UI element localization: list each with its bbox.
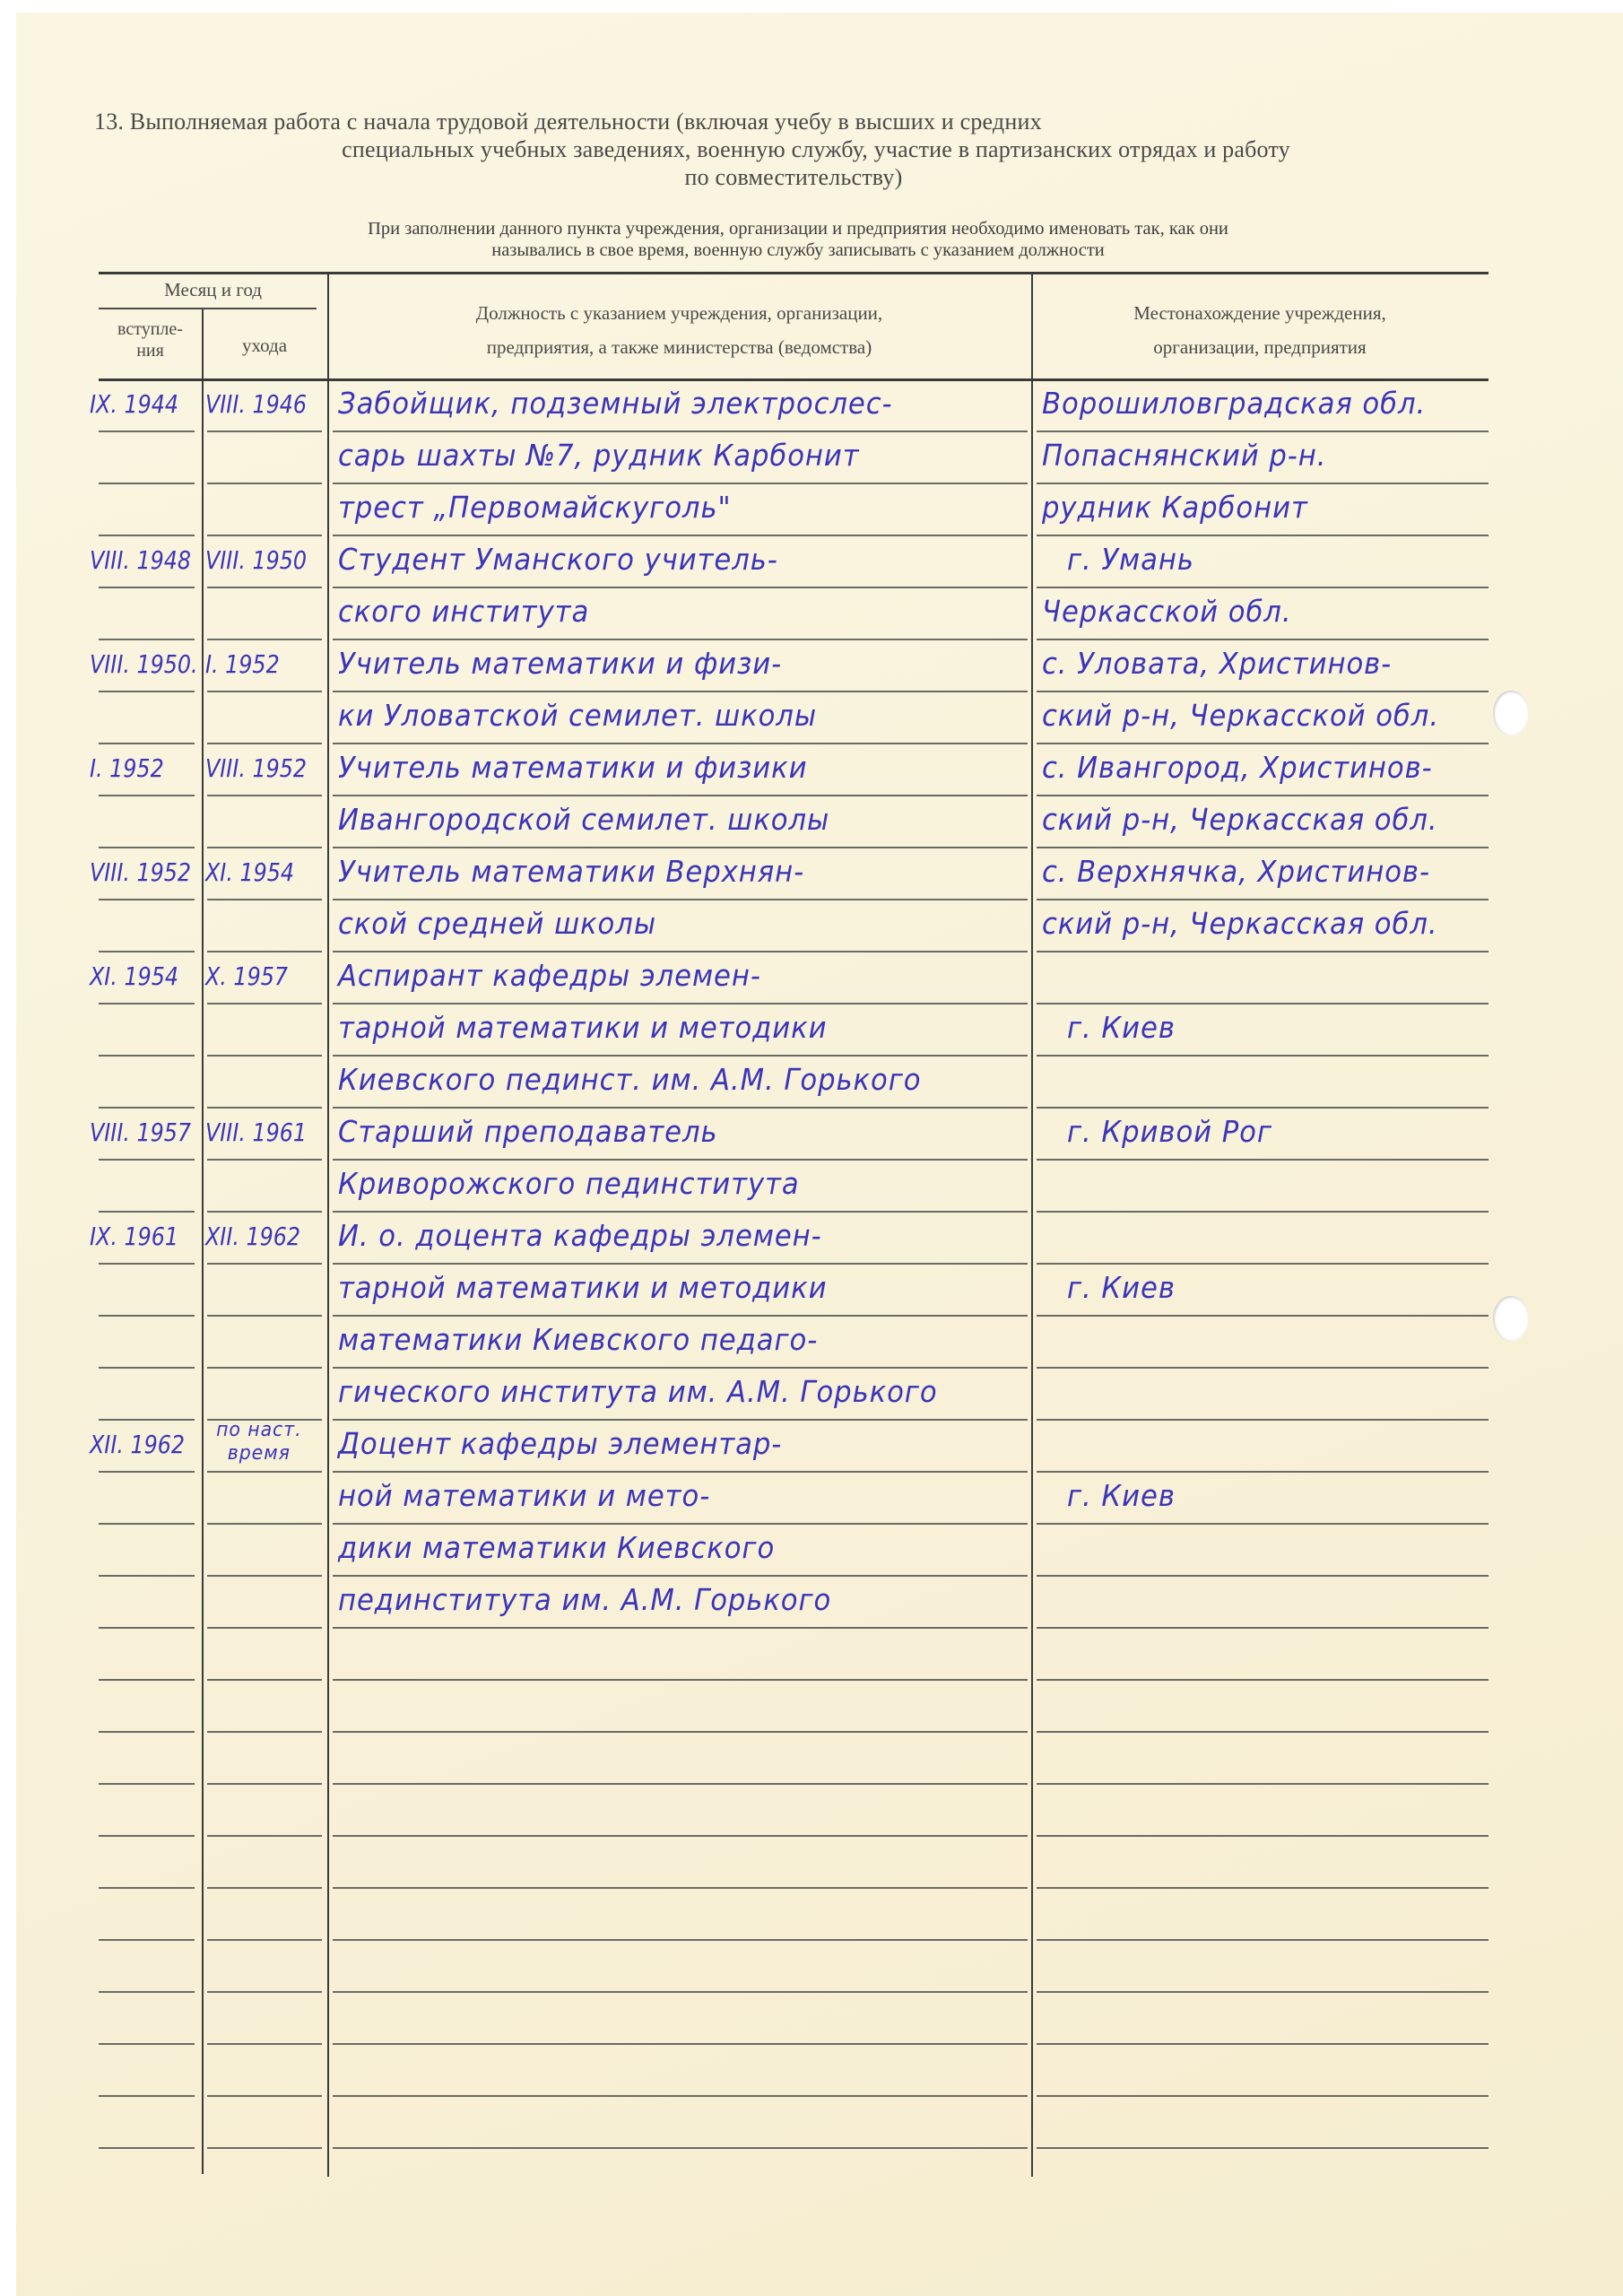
ruled-line xyxy=(1037,1731,1488,1733)
ruled-line xyxy=(333,1107,1028,1109)
ruled-line xyxy=(1037,1107,1488,1109)
ruled-line xyxy=(99,483,195,484)
header-start: вступле- ния xyxy=(99,318,202,361)
ruled-line xyxy=(333,1575,1028,1577)
ruled-line xyxy=(333,1731,1028,1733)
ruled-line xyxy=(99,1055,195,1057)
ruled-line xyxy=(333,2043,1028,2045)
entry-position-line: ской средней школы xyxy=(338,906,656,941)
ruled-line xyxy=(207,2043,322,2045)
ruled-line xyxy=(1037,1263,1488,1265)
ruled-line xyxy=(207,1523,322,1525)
ruled-line xyxy=(207,1575,322,1577)
ruled-line xyxy=(207,795,322,796)
ruled-line xyxy=(333,1627,1028,1629)
ruled-line xyxy=(207,1679,322,1681)
ruled-line xyxy=(207,899,322,900)
ruled-line xyxy=(99,1315,195,1317)
ruled-line xyxy=(99,1835,195,1837)
ruled-line xyxy=(99,951,195,952)
ruled-line xyxy=(1037,951,1488,952)
ruled-line xyxy=(99,587,195,588)
header-position: Должность с указанием учреждения, органи… xyxy=(327,296,1031,364)
ruled-line xyxy=(333,1783,1028,1785)
entry-end-date: X. 1957 xyxy=(205,961,288,991)
entry-position-line: тарной математики и методики xyxy=(338,1010,828,1045)
ruled-line xyxy=(333,795,1028,796)
entry-location-line: г. Киев xyxy=(1067,1270,1176,1305)
ruled-line xyxy=(207,639,322,640)
ruled-line xyxy=(207,1315,322,1317)
ruled-line xyxy=(1037,2043,1488,2045)
ruled-line xyxy=(1037,1159,1488,1161)
ruled-line xyxy=(207,1107,322,1109)
ruled-line xyxy=(207,1731,322,1733)
ruled-line xyxy=(333,1939,1028,1941)
entry-end-date: VIII. 1961 xyxy=(205,1118,307,1147)
entry-end-date: VIII. 1950 xyxy=(205,545,307,575)
entry-location-line: г. Умань xyxy=(1067,542,1194,577)
ruled-line xyxy=(1037,847,1488,848)
ruled-line xyxy=(207,1887,322,1889)
entry-location-line: с. Ивангород, Христинов- xyxy=(1042,750,1433,785)
entry-end-date: VIII. 1946 xyxy=(205,389,307,419)
ruled-line xyxy=(1037,743,1488,744)
entry-position-line: Забойщик, подземный электрослес- xyxy=(338,386,893,421)
entry-location-line: ский р-н, Черкасская обл. xyxy=(1042,906,1438,941)
ruled-line xyxy=(1037,1055,1488,1057)
ruled-line xyxy=(207,1471,322,1473)
header-location: Местонахождение учреждения, организации,… xyxy=(1031,296,1488,364)
ruled-line xyxy=(207,587,322,588)
ruled-line xyxy=(1037,1575,1488,1577)
item-13-title: 13. Выполняемая работа с начала трудовой… xyxy=(94,108,1493,191)
punch-hole xyxy=(1493,1296,1529,1341)
ruled-line xyxy=(99,639,195,640)
entry-start-date: XI. 1954 xyxy=(90,961,178,991)
header-top-rule xyxy=(99,272,1488,274)
ruled-line xyxy=(333,847,1028,848)
entry-position-line: Учитель математики Верхнян- xyxy=(338,854,804,889)
ruled-line xyxy=(333,483,1028,484)
entry-position-line: Учитель математики и физи- xyxy=(338,646,782,681)
ruled-line xyxy=(207,1211,322,1213)
entry-position-line: Доцент кафедры элементар- xyxy=(338,1426,782,1461)
entry-position-line: тарной математики и методики xyxy=(338,1270,828,1305)
ruled-line xyxy=(333,1471,1028,1473)
ruled-line xyxy=(207,1627,322,1629)
ruled-line xyxy=(333,1991,1028,1993)
ruled-line xyxy=(333,1315,1028,1317)
entry-end-date: XII. 1962 xyxy=(205,1222,300,1251)
ruled-line xyxy=(99,1991,195,1993)
punch-hole xyxy=(1493,691,1529,735)
entry-location-line: г. Киев xyxy=(1067,1478,1176,1513)
entry-location-line: ский р-н, Черкасской обл. xyxy=(1042,698,1439,733)
ruled-line xyxy=(1037,1315,1488,1317)
entry-position-line: трест „Первомайскуголь" xyxy=(338,490,732,525)
ruled-line xyxy=(1037,2095,1488,2097)
ruled-line xyxy=(207,535,322,536)
ruled-line xyxy=(99,2043,195,2045)
entry-location-line: ский р-н, Черкасская обл. xyxy=(1042,802,1438,837)
ruled-line xyxy=(99,1263,195,1265)
entry-position-line: Студент Уманского учитель- xyxy=(338,542,778,577)
ruled-line xyxy=(333,2147,1028,2149)
ruled-line xyxy=(99,1627,195,1629)
ruled-line xyxy=(207,1835,322,1837)
ruled-line xyxy=(1037,1939,1488,1941)
ruled-line xyxy=(333,1679,1028,1681)
entry-position-line: Киевского пединст. им. А.М. Горького xyxy=(338,1062,921,1097)
entry-position-line: Учитель математики и физики xyxy=(338,750,807,785)
ruled-line xyxy=(333,899,1028,900)
ruled-line xyxy=(207,1263,322,1265)
ruled-line xyxy=(1037,795,1488,796)
ruled-line xyxy=(99,1783,195,1785)
ruled-line xyxy=(1037,587,1488,588)
column-divider xyxy=(327,274,329,2177)
ruled-line xyxy=(207,847,322,848)
ruled-line xyxy=(333,587,1028,588)
column-divider xyxy=(1031,274,1033,2177)
ruled-line xyxy=(1037,1679,1488,1681)
entry-start-date: IX. 1944 xyxy=(90,389,178,419)
ruled-line xyxy=(99,847,195,848)
entry-location-line: г. Кривой Рог xyxy=(1067,1114,1272,1149)
instruction-note: При заполнении данного пункта учреждения… xyxy=(126,218,1471,261)
entry-start-date: VIII. 1957 xyxy=(90,1118,191,1147)
ruled-line xyxy=(99,1523,195,1525)
ruled-line xyxy=(207,951,322,952)
entry-location-line: Ворошиловградская обл. xyxy=(1042,386,1426,421)
ruled-line xyxy=(333,1003,1028,1004)
entry-location-line: Попаснянский р-н. xyxy=(1042,438,1326,473)
entry-location-line: с. Верхнячка, Христинов- xyxy=(1042,854,1430,889)
ruled-line xyxy=(207,1055,322,1057)
ruled-line xyxy=(1037,2147,1488,2149)
ruled-line xyxy=(333,1055,1028,1057)
ruled-line xyxy=(99,1107,195,1109)
entry-position-line: дики математики Киевского xyxy=(338,1530,775,1565)
ruled-line xyxy=(207,1939,322,1941)
column-divider xyxy=(202,309,204,2174)
ruled-line xyxy=(99,1471,195,1473)
ruled-line xyxy=(1037,483,1488,484)
entry-start-date: IX. 1961 xyxy=(90,1222,178,1251)
entry-end-date: по наст. время xyxy=(209,1419,309,1465)
ruled-line xyxy=(99,1419,195,1421)
entry-position-line: Старший преподаватель xyxy=(338,1114,718,1149)
ruled-line xyxy=(333,1263,1028,1265)
entry-location-line: с. Уловата, Христинов- xyxy=(1042,646,1392,681)
ruled-line xyxy=(99,1211,195,1213)
entry-position-line: Криворожского пединститута xyxy=(338,1166,800,1201)
ruled-line xyxy=(207,691,322,692)
month-year-divider xyxy=(99,308,317,309)
ruled-line xyxy=(1037,1211,1488,1213)
ruled-line xyxy=(1037,430,1488,432)
ruled-line xyxy=(99,430,195,432)
entry-position-line: гического института им. А.М. Горького xyxy=(338,1374,938,1409)
entry-location-line: г. Киев xyxy=(1067,1010,1176,1045)
entry-location-line: Черкасской обл. xyxy=(1042,594,1292,629)
ruled-line xyxy=(99,1679,195,1681)
ruled-line xyxy=(207,1003,322,1004)
entry-position-line: ки Уловатской семилет. школы xyxy=(338,698,817,733)
ruled-line xyxy=(1037,1783,1488,1785)
entry-position-line: математики Киевского педаго- xyxy=(338,1322,818,1357)
entry-end-date: I. 1952 xyxy=(205,649,280,679)
ruled-line xyxy=(333,1211,1028,1213)
entry-position-line: ной математики и мето- xyxy=(338,1478,710,1513)
ruled-line xyxy=(99,1887,195,1889)
entry-position-line: И. о. доцента кафедры элемен- xyxy=(338,1218,822,1253)
ruled-line xyxy=(1037,1419,1488,1421)
ruled-line xyxy=(1037,1835,1488,1837)
ruled-line xyxy=(99,1575,195,1577)
entry-start-date: VIII. 1950. xyxy=(90,649,198,679)
ruled-line xyxy=(1037,1887,1488,1889)
ruled-line xyxy=(99,1159,195,1161)
ruled-line xyxy=(99,2147,195,2149)
ruled-line xyxy=(1037,1367,1488,1369)
entry-start-date: I. 1952 xyxy=(90,753,164,783)
header-end: ухода xyxy=(202,332,327,359)
ruled-line xyxy=(333,639,1028,640)
ruled-line xyxy=(333,1835,1028,1837)
ruled-line xyxy=(333,951,1028,952)
ruled-line xyxy=(333,1887,1028,1889)
ruled-line xyxy=(333,1367,1028,1369)
ruled-line xyxy=(207,1783,322,1785)
ruled-line xyxy=(333,743,1028,744)
ruled-line xyxy=(99,795,195,796)
ruled-line xyxy=(207,430,322,432)
ruled-line xyxy=(333,1159,1028,1161)
entry-end-date: XI. 1954 xyxy=(205,857,294,887)
ruled-line xyxy=(207,1367,322,1369)
header-month-year: Месяц и год xyxy=(99,276,327,303)
ruled-line xyxy=(207,483,322,484)
entry-start-date: VIII. 1948 xyxy=(90,545,191,575)
entry-position-line: Аспирант кафедры элемен- xyxy=(338,958,761,993)
ruled-line xyxy=(207,2095,322,2097)
ruled-line xyxy=(333,1419,1028,1421)
ruled-line xyxy=(333,1523,1028,1525)
entry-position-line: ского института xyxy=(338,594,589,629)
entry-position-line: сарь шахты №7, рудник Карбонит xyxy=(338,438,860,473)
ruled-line xyxy=(207,1991,322,1993)
ruled-line xyxy=(99,2095,195,2097)
ruled-line xyxy=(99,1939,195,1941)
ruled-line xyxy=(1037,1991,1488,1993)
ruled-line xyxy=(207,1159,322,1161)
ruled-line xyxy=(99,691,195,692)
ruled-line xyxy=(333,430,1028,432)
ruled-line xyxy=(99,743,195,744)
ruled-line xyxy=(207,743,322,744)
ruled-line xyxy=(1037,1523,1488,1525)
entry-position-line: Ивангородской семилет. школы xyxy=(338,802,829,837)
ruled-line xyxy=(1037,691,1488,692)
ruled-line xyxy=(1037,1627,1488,1629)
ruled-line xyxy=(333,535,1028,536)
entry-position-line: пединститута им. А.М. Горького xyxy=(338,1582,831,1617)
header-bottom-rule xyxy=(99,378,1488,381)
ruled-line xyxy=(1037,535,1488,536)
ruled-line xyxy=(207,2147,322,2149)
ruled-line xyxy=(1037,639,1488,640)
ruled-line xyxy=(1037,1471,1488,1473)
ruled-line xyxy=(1037,899,1488,900)
entry-start-date: VIII. 1952 xyxy=(90,857,191,887)
ruled-line xyxy=(333,2095,1028,2097)
entry-end-date: VIII. 1952 xyxy=(205,753,307,783)
ruled-line xyxy=(99,899,195,900)
entry-start-date: XII. 1962 xyxy=(90,1430,185,1459)
ruled-line xyxy=(1037,1003,1488,1004)
ruled-line xyxy=(99,1367,195,1369)
ruled-line xyxy=(99,535,195,536)
entry-location-line: рудник Карбонит xyxy=(1042,490,1308,525)
ruled-line xyxy=(99,1003,195,1004)
ruled-line xyxy=(333,691,1028,692)
ruled-line xyxy=(99,1731,195,1733)
